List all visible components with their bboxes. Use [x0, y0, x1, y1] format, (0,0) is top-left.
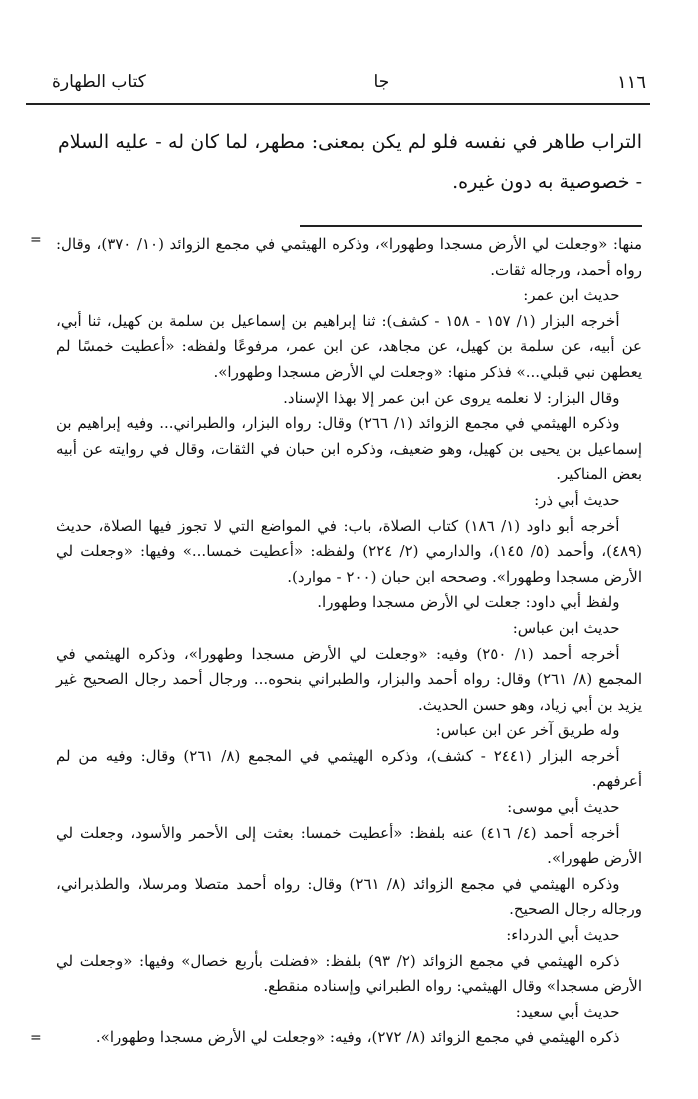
- footnote-line: وذكره الهيثمي في مجمع الزوائد (٨/ ٢٦١) و…: [56, 872, 642, 923]
- footnote-line: أخرجه البزار (١/ ١٥٧ - ١٥٨ - كشف): ثنا إ…: [56, 309, 642, 386]
- footnote-line: ذكره الهيثمي في مجمع الزوائد (٨/ ٢٧٢)، و…: [56, 1025, 642, 1051]
- continuation-mark-top: =: [30, 232, 42, 248]
- footnote-line: ذكره الهيثمي في مجمع الزوائد (٢/ ٩٣) بلف…: [56, 949, 642, 1000]
- footnote-line: وقال البزار: لا نعلمه يروى عن ابن عمر إل…: [56, 386, 642, 412]
- footnote-heading: حديث أبي موسى:: [56, 795, 642, 821]
- footnote-line: وله طريق آخر عن ابن عباس:: [56, 718, 642, 744]
- footnote-line: منها: «وجعلت لي الأرض مسجدا وطهورا»، وذك…: [56, 232, 642, 283]
- running-header: ١١٦ جا كتاب الطهارة: [52, 68, 646, 96]
- footnote-heading: حديث ابن عمر:: [56, 283, 642, 309]
- book-title: كتاب الطهارة: [52, 72, 146, 92]
- footnote-heading: حديث أبي ذر:: [56, 488, 642, 514]
- footnote-line: أخرجه أبو داود (١/ ١٨٦) كتاب الصلاة، باب…: [56, 514, 642, 591]
- footnotes: منها: «وجعلت لي الأرض مسجدا وطهورا»، وذك…: [56, 232, 642, 1051]
- main-paragraph: التراب طاهر في نفسه فلو لم يكن بمعنى: مط…: [58, 122, 642, 202]
- footnote-line: وذكره الهيثمي في مجمع الزوائد (١/ ٢٦٦) و…: [56, 411, 642, 488]
- continuation-mark-bottom: =: [30, 1030, 42, 1046]
- volume-label: جا: [374, 72, 390, 92]
- footnote-line: ولفظ أبي داود: جعلت لي الأرض مسجدا وطهور…: [56, 590, 642, 616]
- footnote-line: أخرجه أحمد (١/ ٢٥٠) وفيه: «وجعلت لي الأر…: [56, 642, 642, 719]
- book-page: ١١٦ جا كتاب الطهارة التراب طاهر في نفسه …: [0, 0, 698, 1099]
- footnote-divider: [300, 225, 642, 227]
- footnote-heading: حديث أبي الدرداء:: [56, 923, 642, 949]
- footnote-heading: حديث أبي سعيد:: [56, 1000, 642, 1026]
- footnote-line: أخرجه أحمد (٤/ ٤١٦) عنه بلفظ: «أعطيت خمس…: [56, 821, 642, 872]
- header-divider: [26, 103, 650, 105]
- main-text: التراب طاهر في نفسه فلو لم يكن بمعنى: مط…: [58, 122, 642, 202]
- footnote-line: أخرجه البزار (٢٤٤١ - كشف)، وذكره الهيثمي…: [56, 744, 642, 795]
- footnote-heading: حديث ابن عباس:: [56, 616, 642, 642]
- page-number: ١١٦: [617, 72, 646, 93]
